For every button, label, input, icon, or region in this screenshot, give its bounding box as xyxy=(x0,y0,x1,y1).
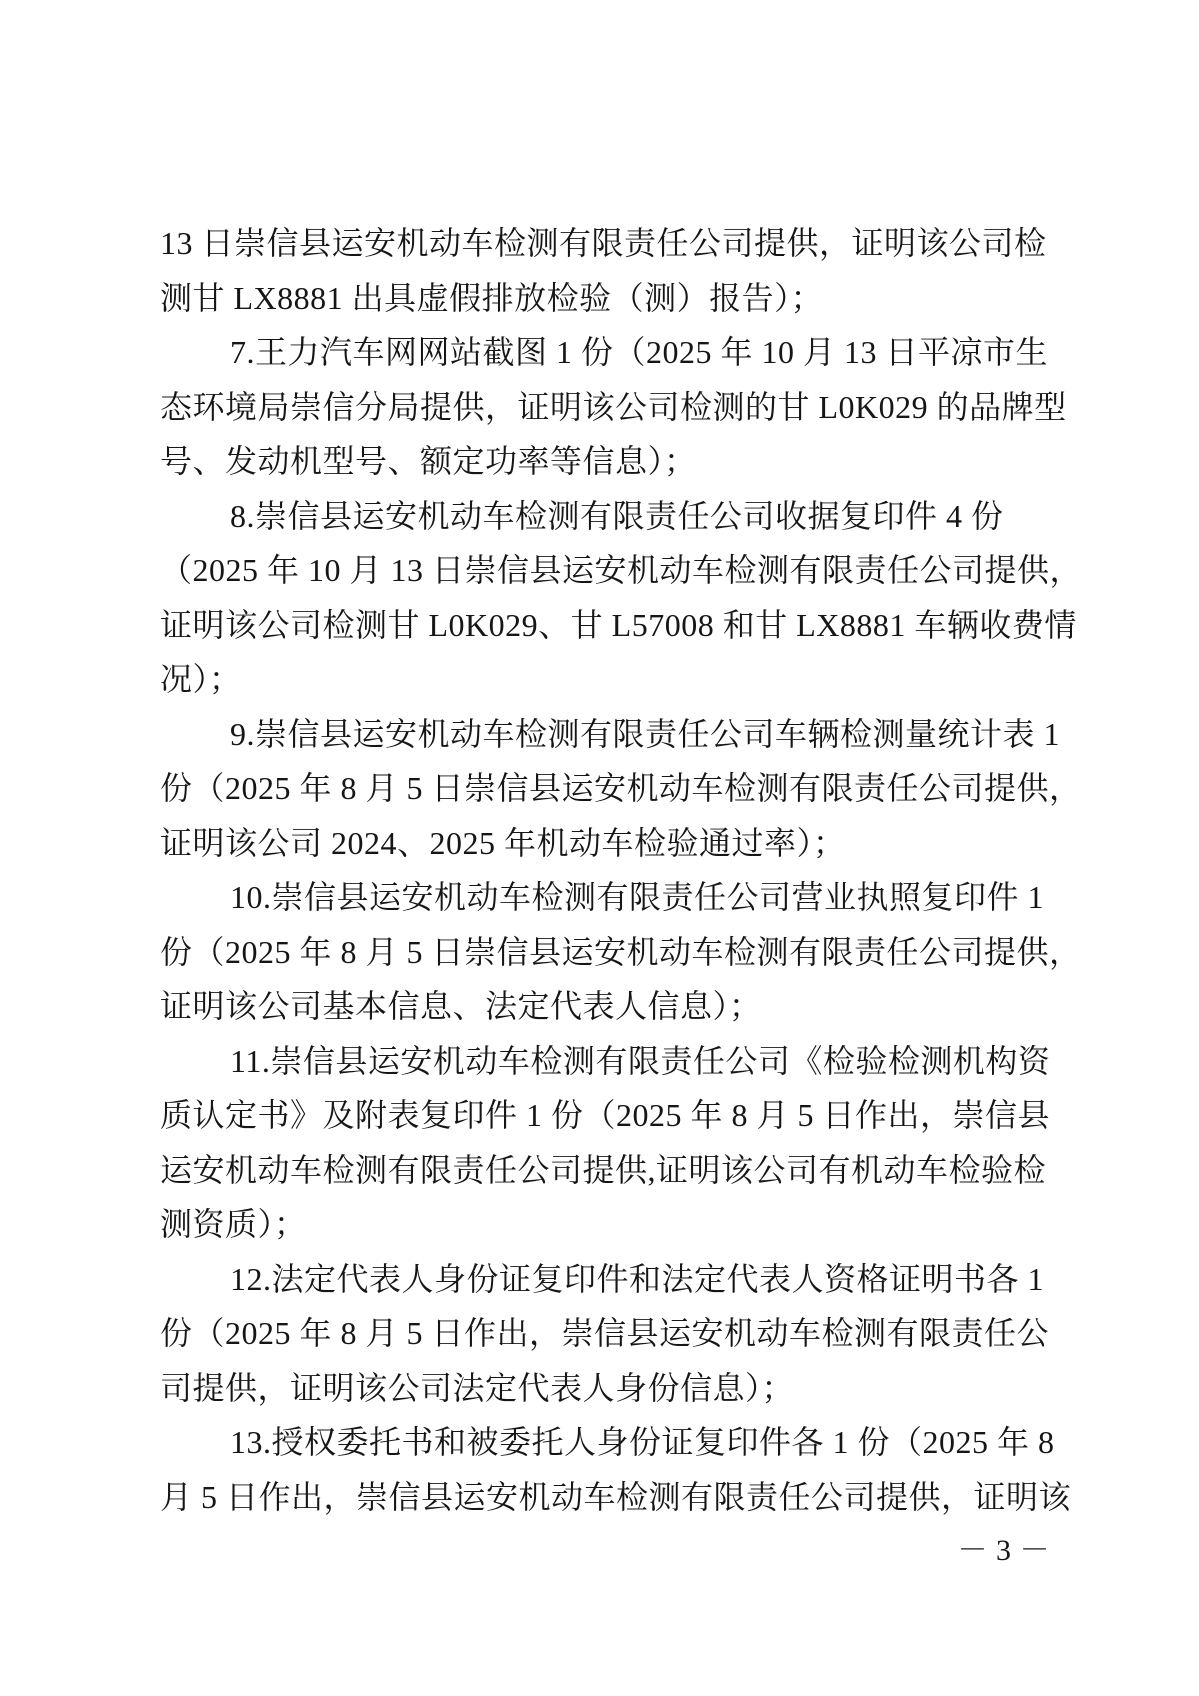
document-line-item-11: 11.崇信县运安机动车检测有限责任公司《检验检测机构资 xyxy=(160,1034,1050,1089)
document-line: 号、发动机型号、额定功率等信息）； xyxy=(160,434,1050,489)
document-line: 态环境局崇信分局提供，证明该公司检测的甘 L0K029 的品牌型 xyxy=(160,380,1050,435)
document-line-item-9: 9.崇信县运安机动车检测有限责任公司车辆检测量统计表 1 xyxy=(160,707,1050,762)
document-line: 司提供，证明该公司法定代表人身份信息）； xyxy=(160,1361,1050,1416)
document-line: 证明该公司检测甘 L0K029、甘 L57008 和甘 LX8881 车辆收费情 xyxy=(160,598,1050,653)
document-line: 况）； xyxy=(160,652,1050,707)
document-body-text: 13 日崇信县运安机动车检测有限责任公司提供，证明该公司检 测甘 LX8881 … xyxy=(160,216,1050,1579)
document-line: （2025 年 10 月 13 日崇信县运安机动车检测有限责任公司提供， xyxy=(160,543,1050,598)
document-line-item-7: 7.王力汽车网网站截图 1 份（2025 年 10 月 13 日平凉市生 xyxy=(160,325,1050,380)
document-line-item-12: 12.法定代表人身份证复印件和法定代表人资格证明书各 1 xyxy=(160,1252,1050,1307)
document-line: 份（2025 年 8 月 5 日作出，崇信县运安机动车检测有限责任公 xyxy=(160,1306,1050,1361)
document-line-item-8: 8.崇信县运安机动车检测有限责任公司收据复印件 4 份 xyxy=(160,489,1050,544)
document-line: 质认定书》及附表复印件 1 份（2025 年 8 月 5 日作出，崇信县 xyxy=(160,1088,1050,1143)
document-line-item-13: 13.授权委托书和被委托人身份证复印件各 1 份（2025 年 8 xyxy=(160,1415,1050,1470)
document-line: 运安机动车检测有限责任公司提供,证明该公司有机动车检验检 xyxy=(160,1143,1050,1198)
document-line: 证明该公司基本信息、法定代表人信息）； xyxy=(160,979,1050,1034)
document-line-item-10: 10.崇信县运安机动车检测有限责任公司营业执照复印件 1 xyxy=(160,870,1050,925)
document-line: 测资质）； xyxy=(160,1197,1050,1252)
document-line: 份（2025 年 8 月 5 日崇信县运安机动车检测有限责任公司提供， xyxy=(160,925,1050,980)
document-line: 13 日崇信县运安机动车检测有限责任公司提供，证明该公司检 xyxy=(160,216,1050,271)
document-line: 证明该公司 2024、2025 年机动车检验通过率）； xyxy=(160,816,1050,871)
document-page: 13 日崇信县运安机动车检测有限责任公司提供，证明该公司检 测甘 LX8881 … xyxy=(0,0,1199,1696)
document-line: 份（2025 年 8 月 5 日崇信县运安机动车检测有限责任公司提供， xyxy=(160,761,1050,816)
document-line: 月 5 日作出，崇信县运安机动车检测有限责任公司提供，证明该 xyxy=(160,1470,1050,1525)
document-line: 测甘 LX8881 出具虚假排放检验（测）报告）； xyxy=(160,271,1050,326)
page-number: － 3 － xyxy=(160,1524,1050,1579)
